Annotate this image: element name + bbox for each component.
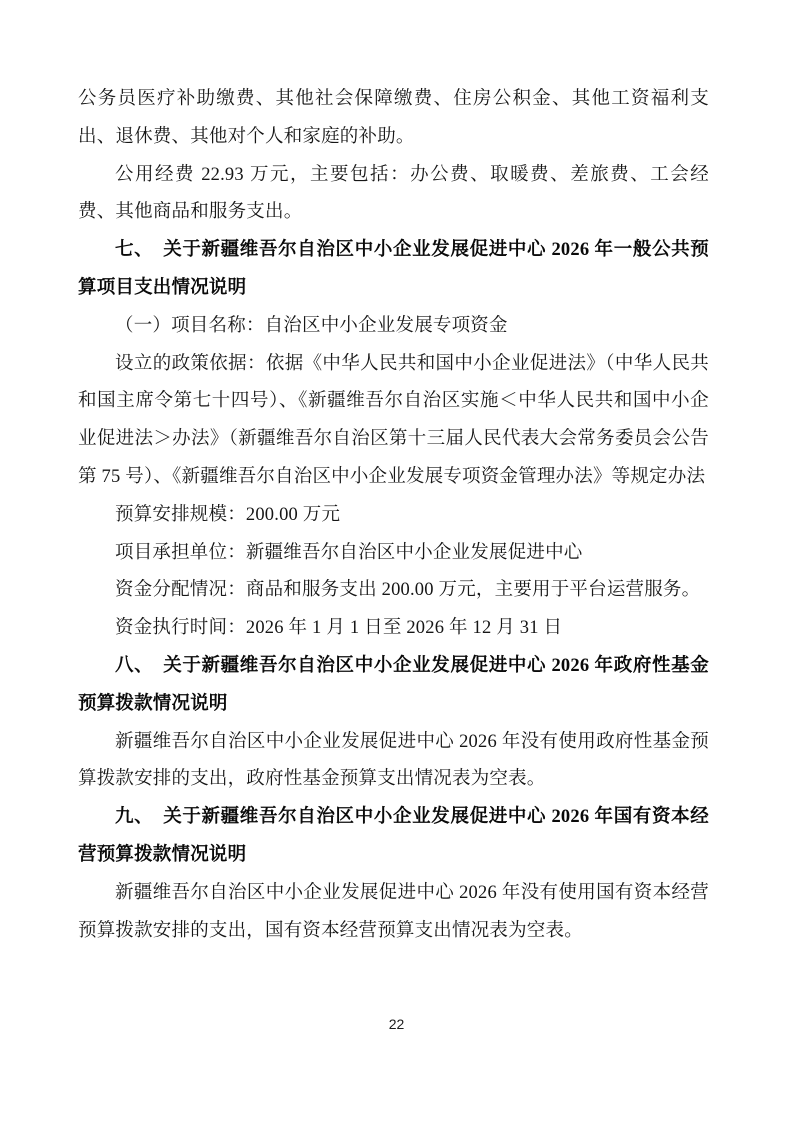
document-page: 公务员医疗补助缴费、其他社会保障缴费、住房公积金、其他工资福利支出、退休费、其他…	[0, 0, 793, 1122]
paragraph-government-fund: 新疆维吾尔自治区中小企业发展促进中心 2026 年没有使用政府性基金预算拨款安排…	[78, 724, 709, 800]
paragraph-undertaking-unit: 项目承担单位：新疆维吾尔自治区中小企业发展促进中心	[78, 535, 709, 573]
heading-section-7: 七、 关于新疆维吾尔自治区中小企业发展促进中心 2026 年一般公共预算项目支出…	[78, 232, 709, 308]
paragraph-public-expense: 公用经费 22.93 万元，主要包括：办公费、取暖费、差旅费、工会经费、其他商品…	[78, 157, 709, 233]
paragraph-welfare-continuation: 公务员医疗补助缴费、其他社会保障缴费、住房公积金、其他工资福利支出、退休费、其他…	[78, 81, 709, 157]
heading-section-8: 八、 关于新疆维吾尔自治区中小企业发展促进中心 2026 年政府性基金预算拨款情…	[78, 648, 709, 724]
paragraph-execution-period: 资金执行时间：2026 年 1 月 1 日至 2026 年 12 月 31 日	[78, 610, 709, 648]
paragraph-policy-basis: 设立的政策依据：依据《中华人民共和国中小企业促进法》（中华人民共和国主席令第七十…	[78, 346, 709, 497]
paragraph-state-capital: 新疆维吾尔自治区中小企业发展促进中心 2026 年没有使用国有资本经营预算拨款安…	[78, 875, 709, 951]
paragraph-project-name: （一）项目名称：自治区中小企业发展专项资金	[78, 308, 709, 346]
paragraph-budget-scale: 预算安排规模：200.00 万元	[78, 497, 709, 535]
document-body: 公务员医疗补助缴费、其他社会保障缴费、住房公积金、其他工资福利支出、退休费、其他…	[78, 81, 709, 950]
heading-section-9: 九、 关于新疆维吾尔自治区中小企业发展促进中心 2026 年国有资本经营预算拨款…	[78, 799, 709, 875]
paragraph-fund-allocation: 资金分配情况：商品和服务支出 200.00 万元，主要用于平台运营服务。	[78, 572, 709, 610]
page-number: 22	[0, 1016, 793, 1032]
